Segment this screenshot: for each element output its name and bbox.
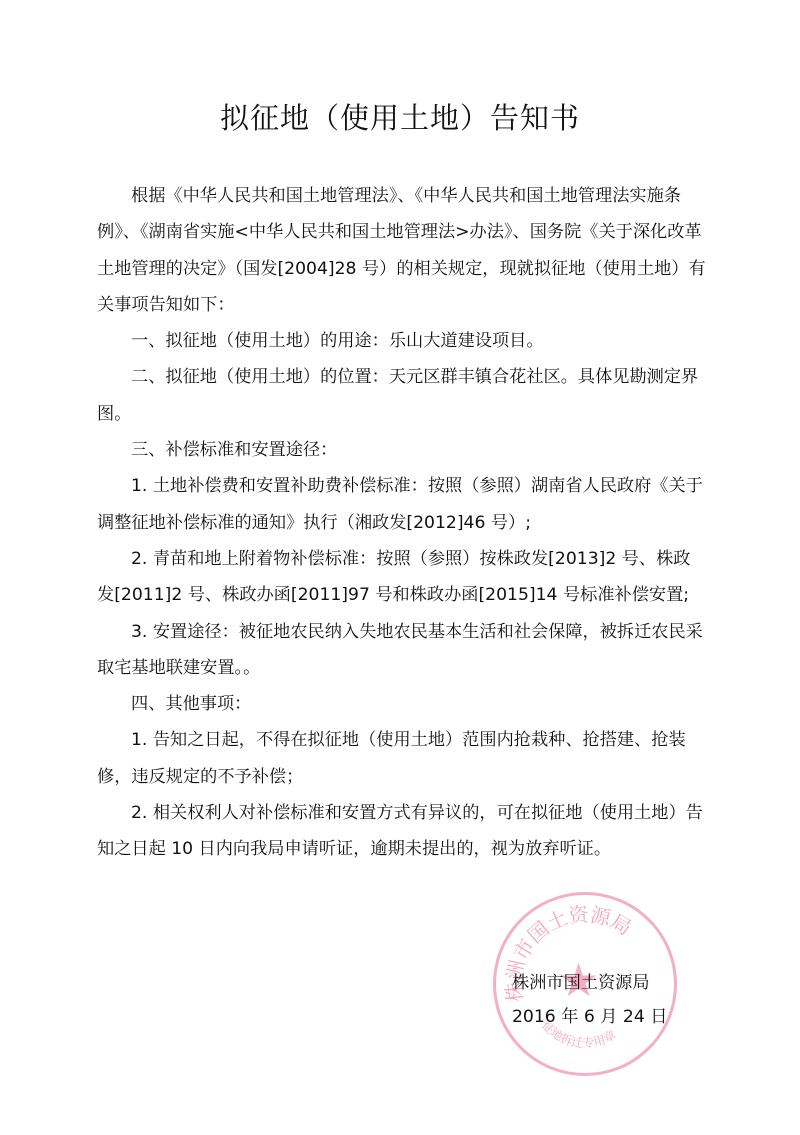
document-title: 拟征地（使用土地）告知书: [0, 96, 800, 137]
issuer-name: 株洲市国土资源局: [512, 966, 667, 1000]
paragraph-location: 二、拟征地（使用土地）的位置：天元区群丰镇合花社区。具体见勘测定界图。: [97, 359, 707, 432]
document-body: 根据《中华人民共和国土地管理法》、《中华人民共和国土地管理法实施条例》、《湖南省…: [97, 178, 707, 868]
paragraph-compensation-3: 3. 安置途径：被征地农民纳入失地农民基本生活和社会保障，被拆迁农民采取宅基地联…: [97, 614, 707, 687]
paragraph-other-heading: 四、其他事项：: [97, 686, 707, 722]
paragraph-purpose: 一、拟征地（使用土地）的用途：乐山大道建设项目。: [97, 323, 707, 359]
paragraph-other-2: 2. 相关权利人对补偿标准和安置方式有异议的，可在拟征地（使用土地）告知之日起 …: [97, 795, 707, 868]
paragraph-intro: 根据《中华人民共和国土地管理法》、《中华人民共和国土地管理法实施条例》、《湖南省…: [97, 178, 707, 323]
paragraph-other-1: 1. 告知之日起，不得在拟征地（使用土地）范围内抢栽种、抢搭建、抢装修，违反规定…: [97, 722, 707, 795]
paragraph-compensation-1: 1. 土地补偿费和安置补助费补偿标准：按照（参照）湖南省人民政府《关于调整征地补…: [97, 468, 707, 541]
paragraph-compensation-heading: 三、补偿标准和安置途径：: [97, 432, 707, 468]
issue-date: 2016 年 6 月 24 日: [512, 1000, 667, 1034]
paragraph-compensation-2: 2. 青苗和地上附着物补偿标准：按照（参照）按株政发[2013]2 号、株政发[…: [97, 541, 707, 614]
signature-block: 株洲市国土资源局 2016 年 6 月 24 日: [512, 966, 667, 1034]
